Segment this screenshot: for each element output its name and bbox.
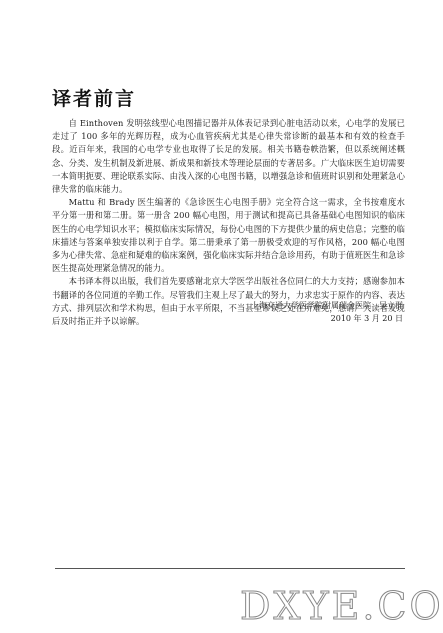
preface-body: 自 Einthoven 发明弦线型心电图描记器并从体表记录到心脏电活动以来，心电… [52, 117, 405, 328]
signature-block: 上海交通大学医学院附属瑞金医院 吴立群 2010 年 3 月 20 日 [251, 299, 403, 325]
paragraph-1: 自 Einthoven 发明弦线型心电图描记器并从体表记录到心脏电活动以来，心电… [52, 117, 405, 196]
signature-author: 上海交通大学医学院附属瑞金医院 吴立群 [251, 299, 403, 312]
page-title: 译者前言 [52, 84, 136, 111]
footer-divider [55, 568, 405, 569]
watermark-logo: DXYE.COM [240, 584, 443, 628]
signature-date: 2010 年 3 月 20 日 [251, 312, 403, 325]
paragraph-2: Mattu 和 Brady 医生编著的《急诊医生心电图手册》完全符合这一需求，全… [52, 196, 405, 275]
